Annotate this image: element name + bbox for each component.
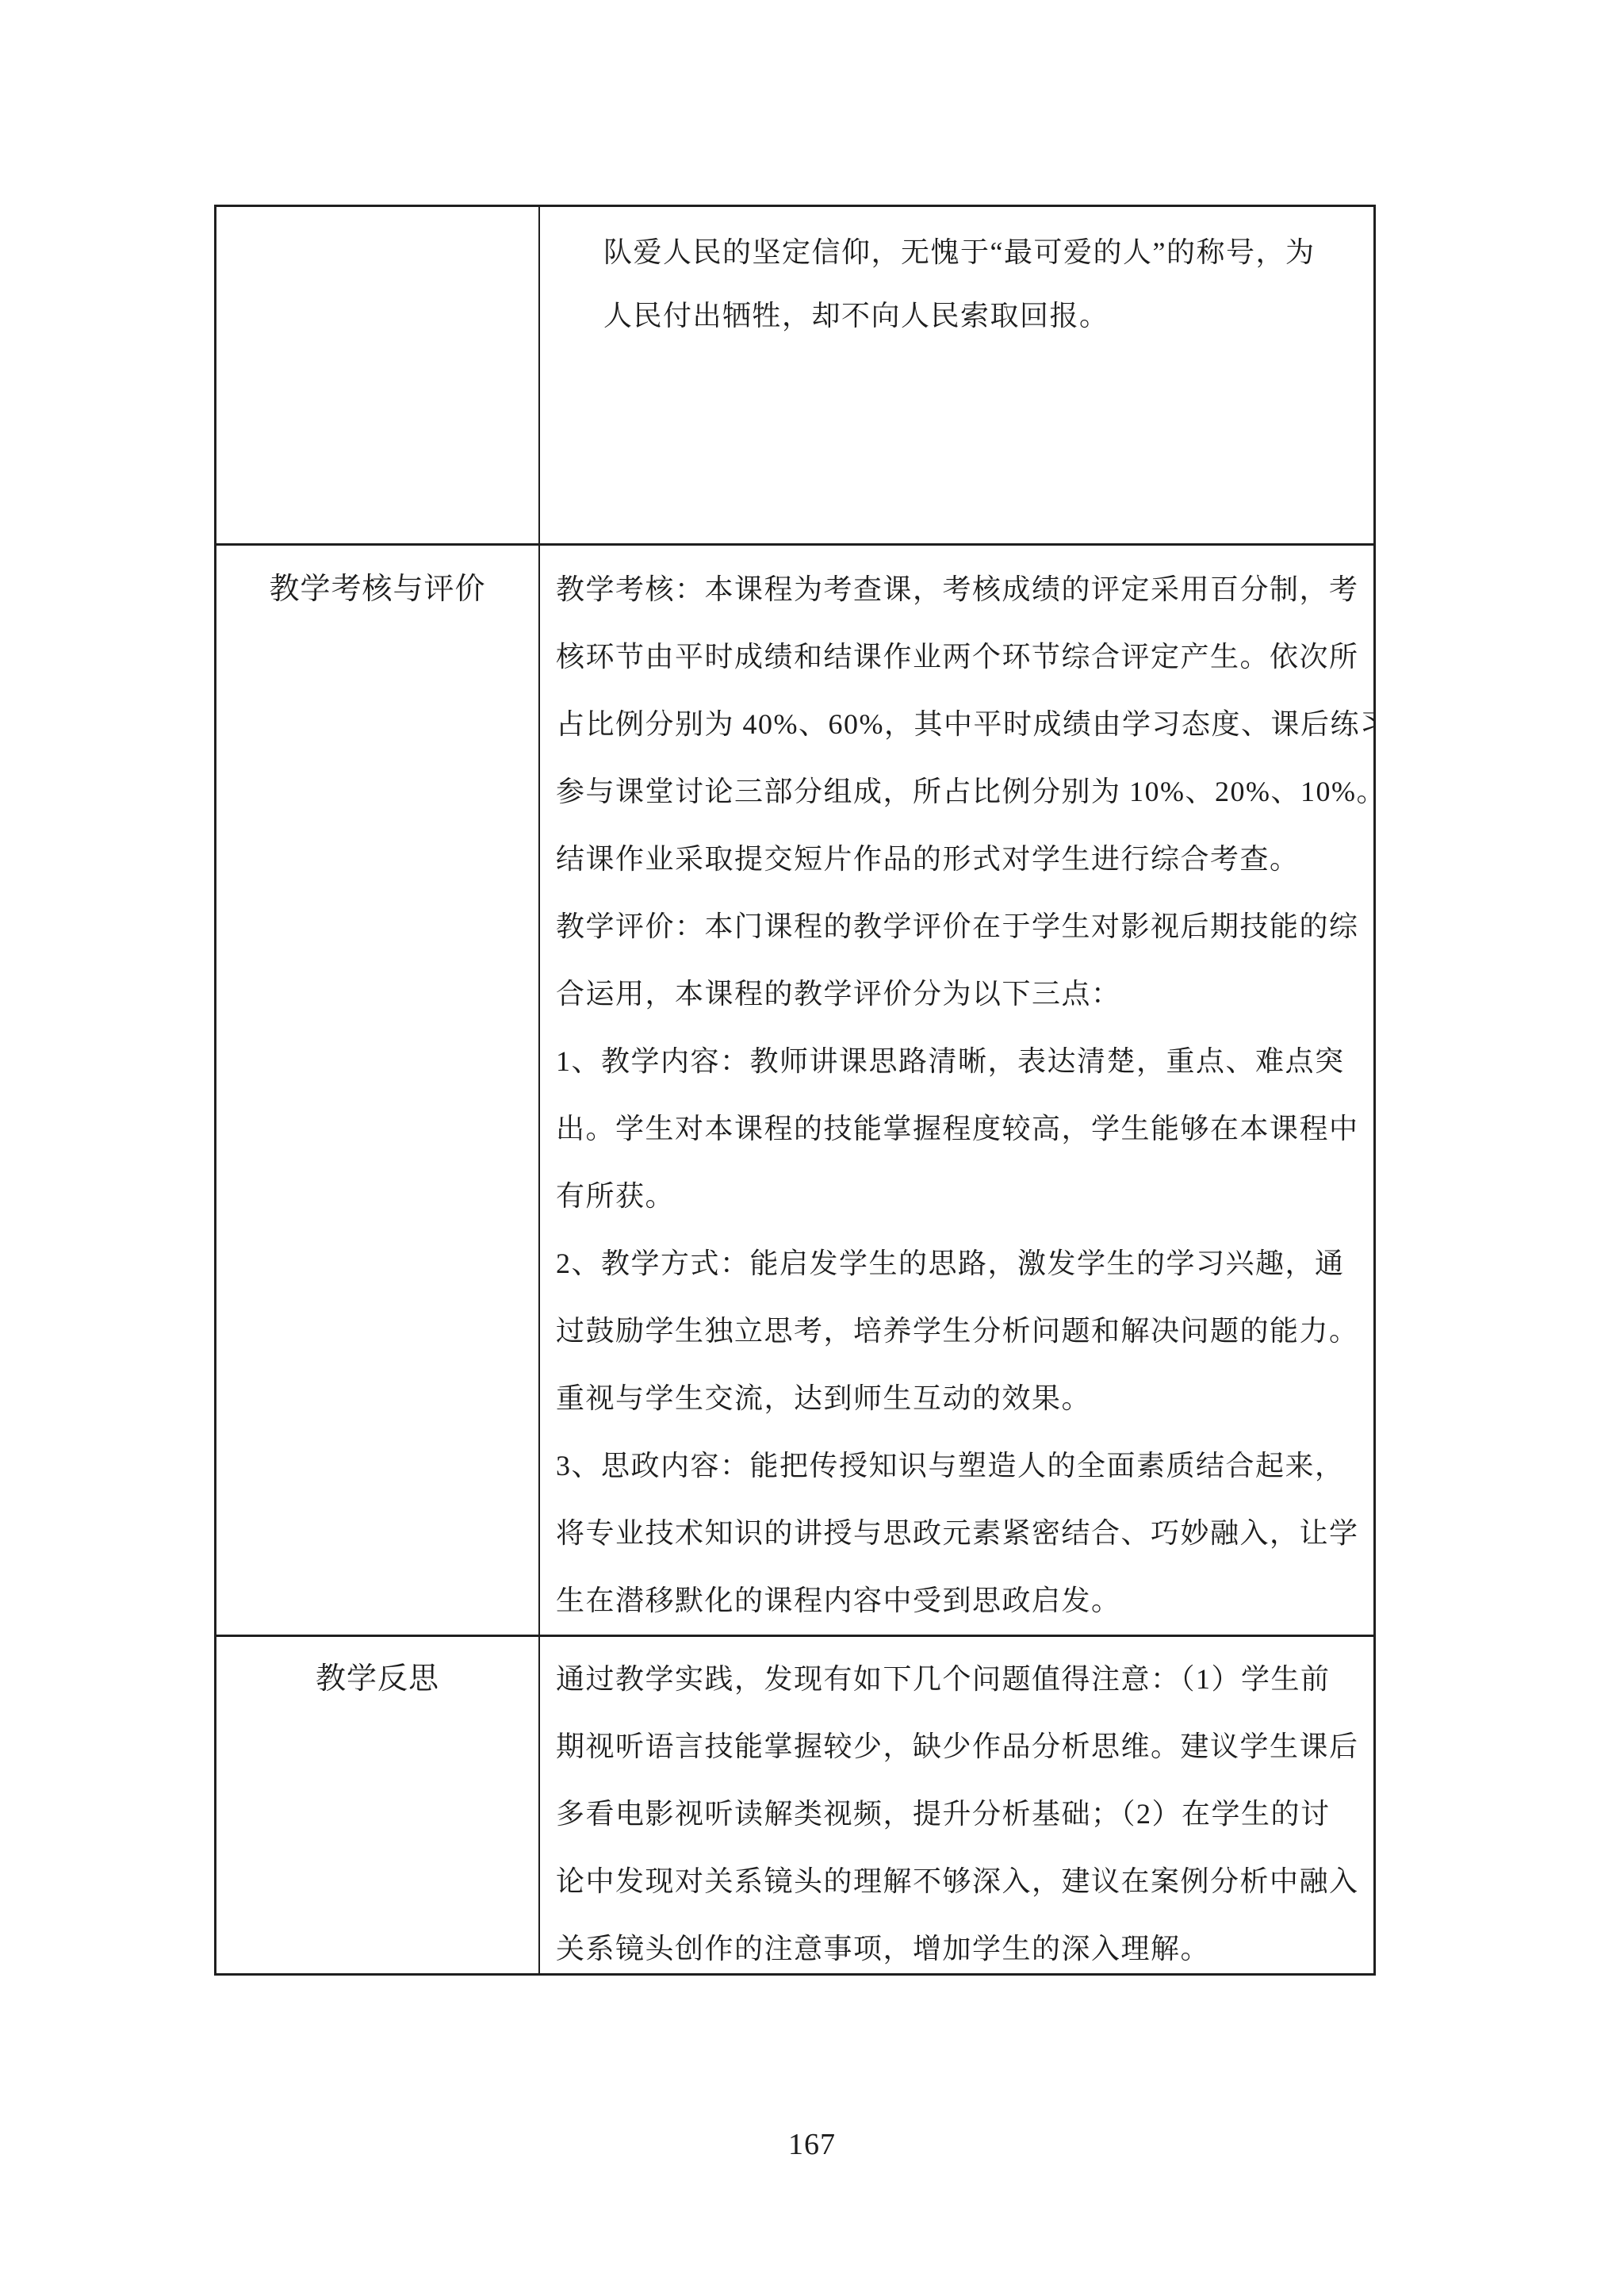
- text-line: 占比例分别为 40%、60%，其中平时成绩由学习态度、课后练习、: [556, 691, 1373, 758]
- page-number: 167: [0, 2127, 1624, 2162]
- text-line: 关系镜头创作的注意事项，增加学生的深入理解。: [556, 1915, 1359, 1973]
- text-line: 教学考核：本课程为考查课，考核成绩的评定采用百分制，考: [556, 556, 1373, 623]
- table-row-reflection: 教学反思 通过教学实践，发现有如下几个问题值得注意：（1）学生前 期视听语言技能…: [216, 1635, 1373, 1973]
- text-line: 结课作业采取提交短片作品的形式对学生进行综合考查。: [556, 826, 1373, 893]
- text-line: 教学评价：本门课程的教学评价在于学生对影视后期技能的综: [556, 893, 1373, 960]
- row-2-content-cell: 教学考核：本课程为考查课，考核成绩的评定采用百分制，考 核环节由平时成绩和结课作…: [540, 546, 1373, 1635]
- table-row-assessment: 教学考核与评价 教学考核：本课程为考查课，考核成绩的评定采用百分制，考 核环节由…: [216, 543, 1373, 1635]
- document-page: 队爱人民的坚定信仰，无愧于“最可爱的人”的称号，为 人民付出牺牲，却不向人民索取…: [0, 0, 1624, 2296]
- text-line: 有所获。: [556, 1163, 1373, 1230]
- row-2-label-cell: 教学考核与评价: [216, 546, 540, 1635]
- row-1-label-cell: [216, 207, 540, 543]
- text-line: 通过教学实践，发现有如下几个问题值得注意：（1）学生前: [556, 1646, 1359, 1713]
- text-line: 2、教学方式：能启发学生的思路，激发学生的学习兴趣，通: [556, 1230, 1373, 1297]
- text-line: 3、思政内容：能把传授知识与塑造人的全面素质结合起来，: [556, 1432, 1373, 1500]
- text-line: 生在潜移默化的课程内容中受到思政启发。: [556, 1567, 1373, 1635]
- text-line: 队爱人民的坚定信仰，无愧于“最可爱的人”的称号，为: [603, 220, 1358, 284]
- text-line: 参与课堂讨论三部分组成，所占比例分别为 10%、20%、10%。: [556, 758, 1373, 826]
- row-label: 教学反思: [316, 1662, 439, 1696]
- text-line: 重视与学生交流，达到师生互动的效果。: [556, 1365, 1373, 1432]
- text-line: 过鼓励学生独立思考，培养学生分析问题和解决问题的能力。: [556, 1297, 1373, 1365]
- text-line: 将专业技术知识的讲授与思政元素紧密结合、巧妙融入，让学: [556, 1500, 1373, 1567]
- text-line: 核环节由平时成绩和结课作业两个环节综合评定产生。依次所: [556, 623, 1373, 691]
- text-line: 人民付出牺牲，却不向人民索取回报。: [603, 284, 1358, 347]
- course-plan-table: 队爱人民的坚定信仰，无愧于“最可爱的人”的称号，为 人民付出牺牲，却不向人民索取…: [214, 205, 1376, 1976]
- text-line: 1、教学内容：教师讲课思路清晰，表达清楚，重点、难点突: [556, 1028, 1373, 1095]
- row-3-label-cell: 教学反思: [216, 1637, 540, 1973]
- text-line: 多看电影视听读解类视频，提升分析基础；（2）在学生的讨: [556, 1780, 1359, 1848]
- row-3-content-cell: 通过教学实践，发现有如下几个问题值得注意：（1）学生前 期视听语言技能掌握较少，…: [540, 1637, 1373, 1973]
- text-line: 出。学生对本课程的技能掌握程度较高，学生能够在本课程中: [556, 1095, 1373, 1163]
- row-1-content-cell: 队爱人民的坚定信仰，无愧于“最可爱的人”的称号，为 人民付出牺牲，却不向人民索取…: [540, 207, 1373, 543]
- text-line: 合运用，本课程的教学评价分为以下三点：: [556, 960, 1373, 1028]
- row-label: 教学考核与评价: [269, 573, 485, 606]
- text-line: 期视听语言技能掌握较少，缺少作品分析思维。建议学生课后: [556, 1713, 1359, 1780]
- table-row-continuation: 队爱人民的坚定信仰，无愧于“最可爱的人”的称号，为 人民付出牺牲，却不向人民索取…: [216, 207, 1373, 543]
- text-line: 论中发现对关系镜头的理解不够深入，建议在案例分析中融入: [556, 1848, 1359, 1915]
